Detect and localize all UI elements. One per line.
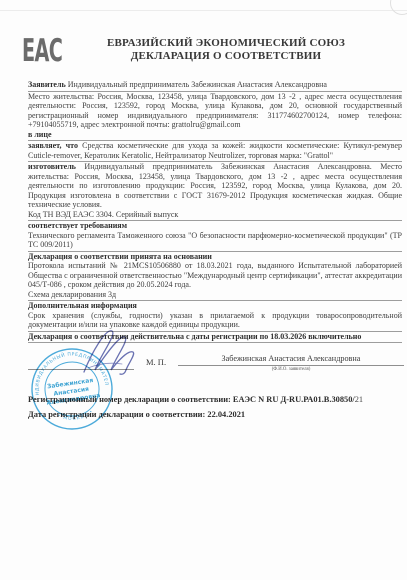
document-body: Заявитель Индивидуальный предприниматель… [28,80,402,343]
reg-number-suffix: 21 [355,395,363,404]
complies-heading: соответствует требованиям [28,221,402,231]
svg-text:• МОСКВА •: • МОСКВА • [56,408,96,424]
complies-text: Технического регламента Таможенного союз… [28,231,402,252]
scheme-line: Схема декларирования 3д [28,290,402,302]
scan-artifact-corner [390,0,407,15]
reg-number-value: ЕАЭС N RU Д-RU.РА01.В.30850/ [233,395,355,404]
manufacturer-details: Индивидуальный предприниматель Забежинск… [28,162,402,209]
manufacturer-paragraph: изготовитель Индивидуальный предпринимат… [28,162,402,210]
eac-mark-icon: ЕАС [22,34,62,68]
applicant-details: Место жительства: Россия, Москва, 123458… [28,92,402,130]
holder-caption: (Ф.И.О. заявителя) [178,367,404,372]
declares-line: заявляет, что Средства косметические для… [28,141,402,162]
applicant-label: Заявитель [28,80,66,89]
product-description: Средства косметические для ухода за коже… [28,141,402,160]
basis-heading: Декларация о соответствии принята на осн… [28,252,402,262]
mp-label: М. П. [146,357,166,367]
tnved-line: Код ТН ВЭД ЕАЭС 3304. Серийный выпуск [28,210,402,222]
svg-text:Забежинская Анастасия: Забежинская Анастасия Александровна [44,376,101,406]
document-title: ЕВРАЗИЙСКИЙ ЭКОНОМИЧЕСКИЙ СОЮЗ ДЕКЛАРАЦИ… [60,37,392,63]
handwritten-signature [76,324,140,380]
holder-name: Забежинская Анастасия Александровна [178,354,404,366]
document-header: ЕАС ЕВРАЗИЙСКИЙ ЭКОНОМИЧЕСКИЙ СОЮЗ ДЕКЛА… [0,34,407,78]
in-person-line: в лице [28,130,402,142]
applicant-name: Индивидуальный предприниматель Забежинск… [68,80,327,89]
manufacturer-label: изготовитель [28,162,76,171]
declares-label: заявляет, что [28,141,78,150]
scan-artifact-line [0,10,407,11]
title-line-2: ДЕКЛАРАЦИЯ О СООТВЕТСТВИИ [60,50,392,63]
reg-date-value: 22.04.2021 [207,410,245,419]
title-line-1: ЕВРАЗИЙСКИЙ ЭКОНОМИЧЕСКИЙ СОЮЗ [60,37,392,50]
declaration-document: ЕАС ЕВРАЗИЙСКИЙ ЭКОНОМИЧЕСКИЙ СОЮЗ ДЕКЛА… [0,0,407,580]
additional-heading: Дополнительная информация [28,301,402,311]
holder-name-block: Забежинская Анастасия Александровна (Ф.И… [178,354,404,372]
basis-text: Протокола испытаний № 21MCS10506880 от 1… [28,261,402,290]
applicant-line: Заявитель Индивидуальный предприниматель… [28,80,402,92]
